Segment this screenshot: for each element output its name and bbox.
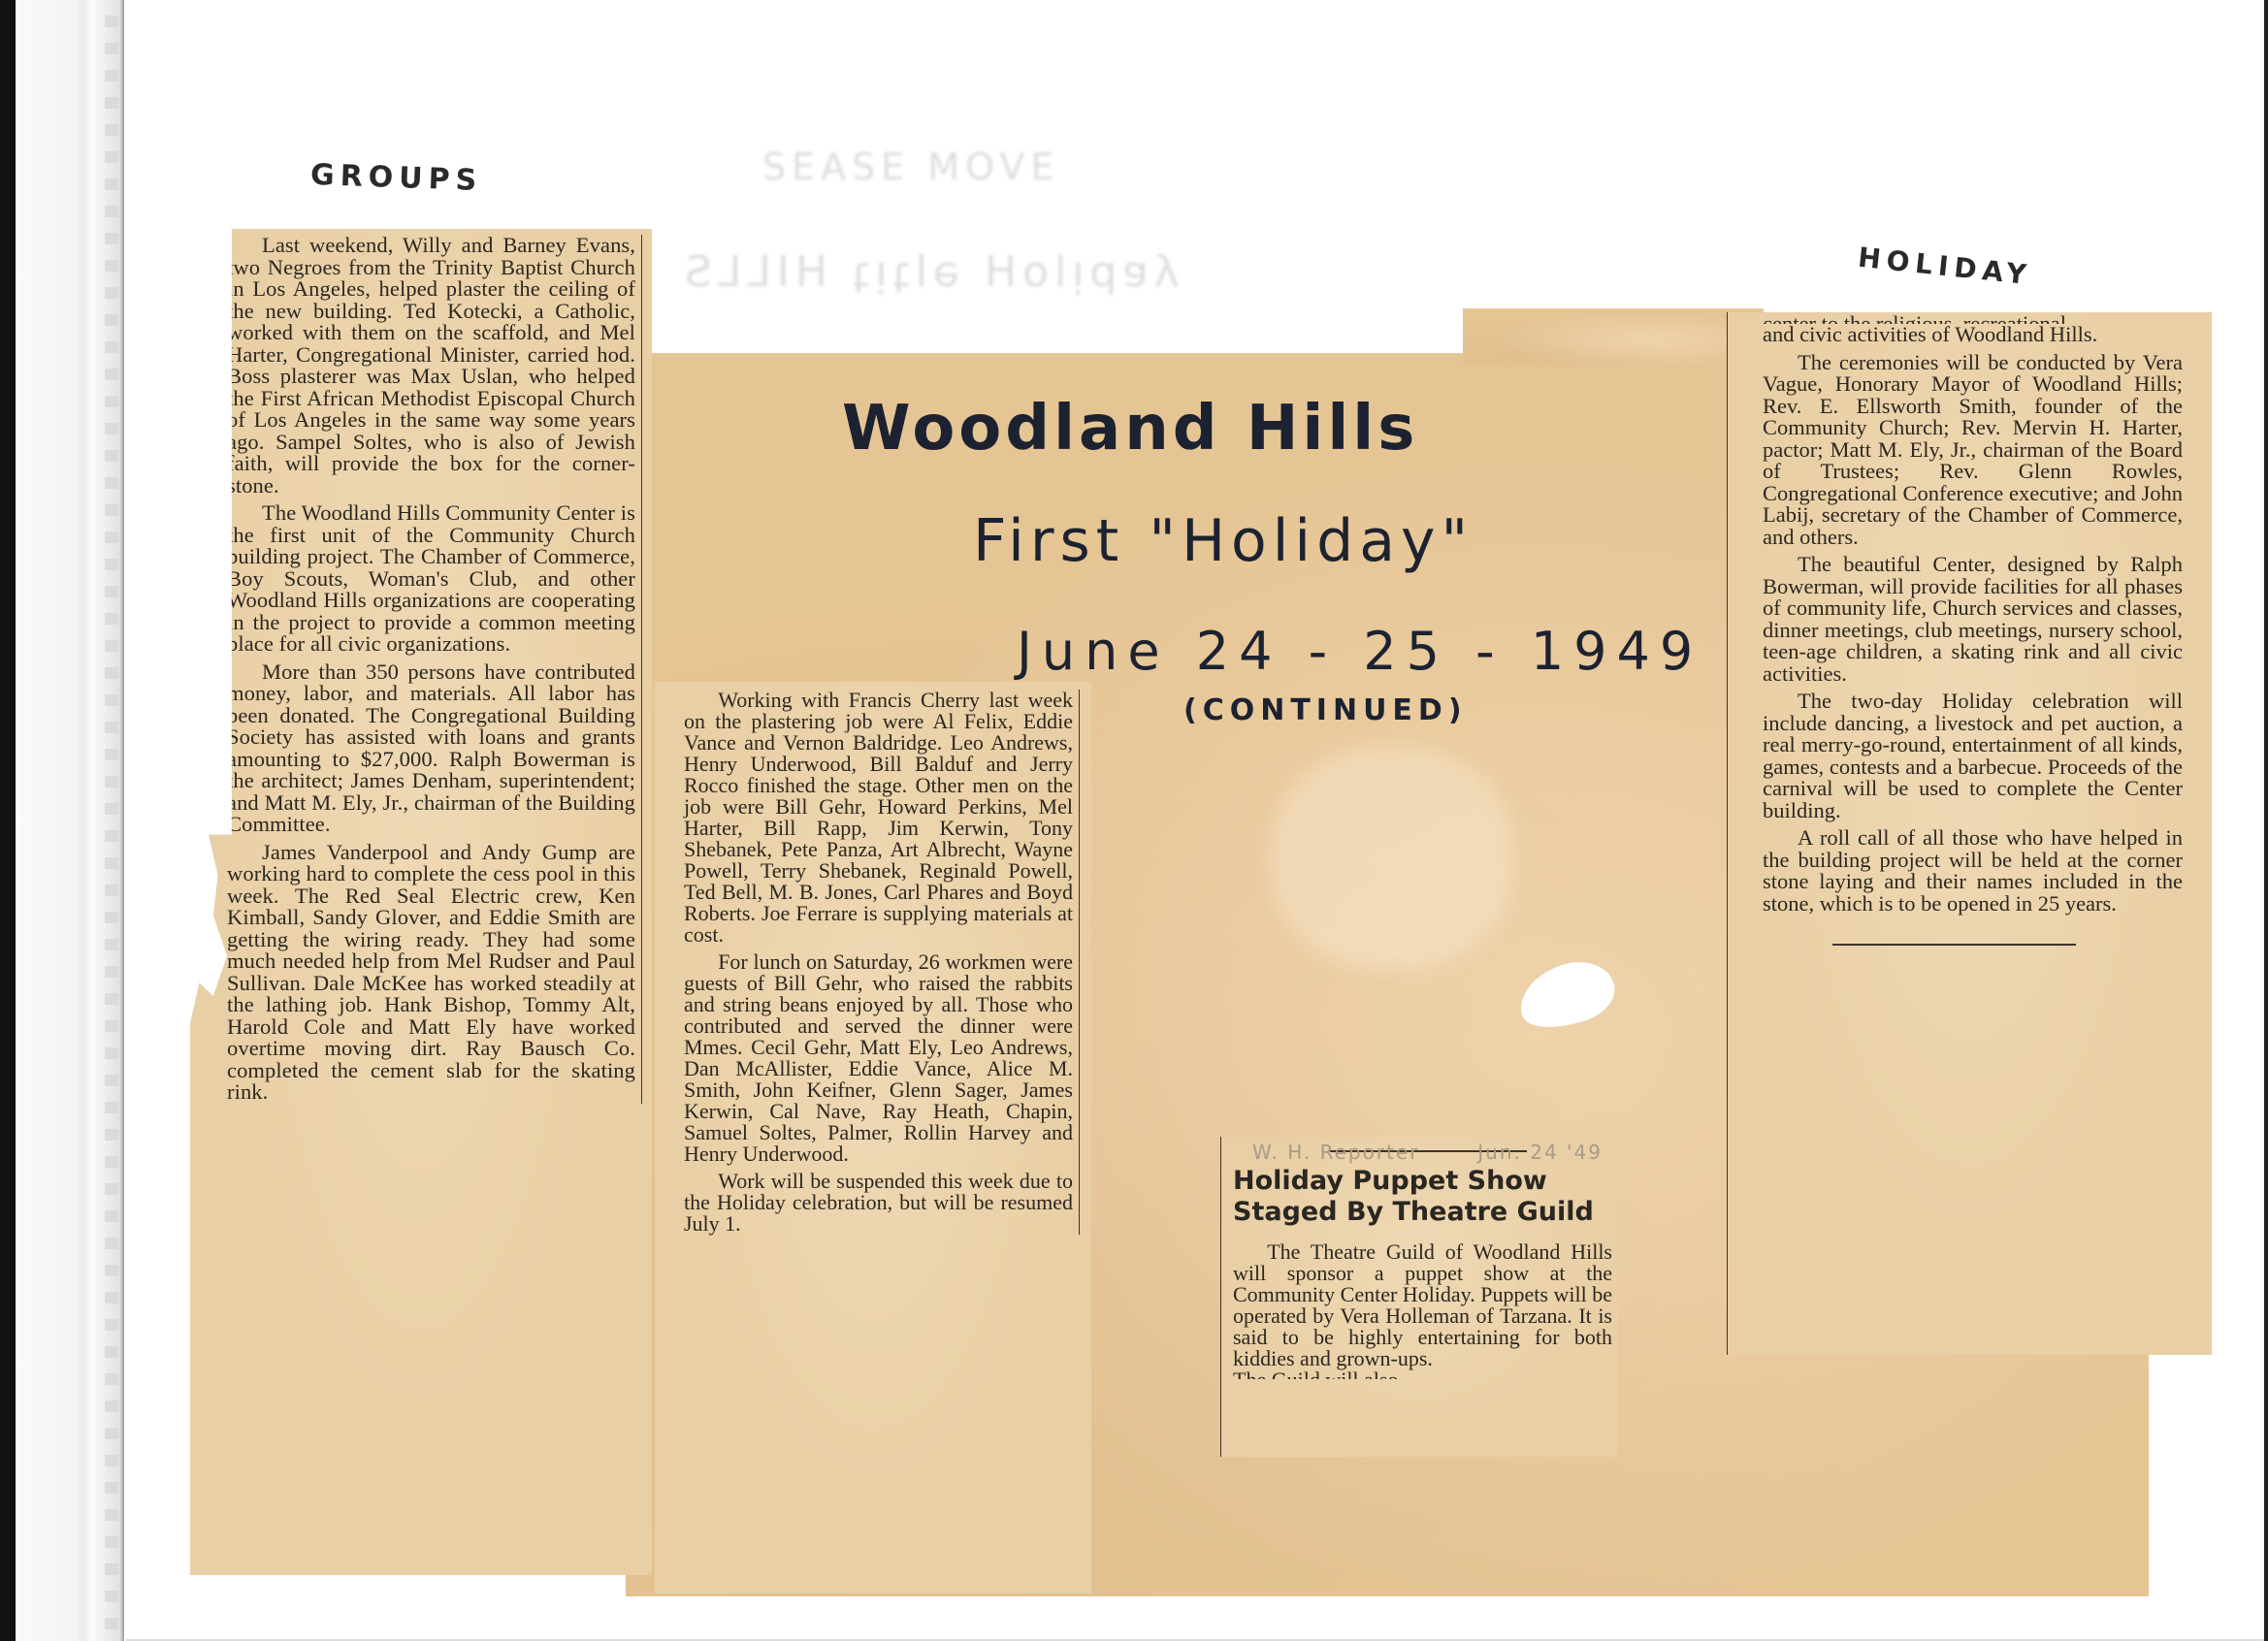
- title-event: First "Holiday": [973, 507, 1474, 575]
- article-paragraph: The Woodland Hills Community Center is t…: [227, 502, 635, 656]
- article-paragraph: The beautiful Center, designed by Ralph …: [1763, 554, 2183, 685]
- clipping-puppet-show: W. H. Reporter Jun. 24 '49 Holiday Puppe…: [1220, 1137, 1618, 1457]
- article-column: Working with Francis Cherry last week on…: [684, 690, 1080, 1235]
- penciled-source: W. H. Reporter: [1252, 1142, 1419, 1162]
- title-continued: (CONTINUED): [1183, 693, 1468, 727]
- article-paragraph: The two-day Holiday celebration will inc…: [1763, 691, 2183, 821]
- section-label-groups: GROUPS: [309, 158, 482, 198]
- headline-line: Holiday Puppet Show: [1233, 1166, 1612, 1197]
- clipping-workers: Working with Francis Cherry last week on…: [655, 682, 1091, 1593]
- article-paragraph: Working with Francis Cherry last week on…: [684, 690, 1073, 946]
- penciled-date: Jun. 24 '49: [1477, 1142, 1603, 1162]
- binder-edge: [0, 0, 16, 1641]
- scan-edge: [2264, 0, 2268, 1641]
- show-through-text: ƎVOM ƎƧAƎƧ: [757, 145, 1053, 188]
- show-through-text: ʎɐpᴉloH ǝlʇᴉʇ HILLS: [679, 247, 1180, 297]
- article-headline: Holiday Puppet Show Staged By Theatre Gu…: [1233, 1166, 1612, 1229]
- clipping-holiday: center to the religious, recreational an…: [1727, 312, 2212, 1355]
- cut-off-text: The Guild will also...: [1233, 1369, 1612, 1379]
- article-paragraph: More than 350 persons have contributed m…: [227, 661, 635, 836]
- article-paragraph: Work will be suspended this week due to …: [684, 1171, 1073, 1235]
- clipping-groups: Last weekend, Willy and Barney Evans, tw…: [190, 229, 652, 1575]
- sleeve-perforation: [105, 0, 118, 1641]
- penciled-annotation: W. H. Reporter Jun. 24 '49: [1233, 1142, 1612, 1162]
- article-paragraph: The ceremonies will be conducted by Vera…: [1763, 352, 2183, 549]
- article-paragraph: The Theatre Guild of Woodland Hills will…: [1233, 1241, 1612, 1369]
- article-paragraph: James Vanderpool and Andy Gump are worki…: [227, 842, 635, 1104]
- title-place: Woodland Hills: [842, 393, 1418, 465]
- article-paragraph: and civic activities of Woodland Hills.: [1763, 324, 2183, 346]
- article-column: Last weekend, Willy and Barney Evans, tw…: [227, 235, 642, 1104]
- article-paragraph: A roll call of all those who have helped…: [1763, 827, 2183, 915]
- article-paragraph: Last weekend, Willy and Barney Evans, tw…: [227, 235, 635, 497]
- paper-stain: [1271, 747, 1513, 970]
- title-date: June 24 - 25 - 1949: [1017, 621, 1702, 682]
- article-end-rule: [1832, 944, 2076, 946]
- manila-backing-tab: [1463, 308, 1764, 367]
- section-label-holiday: HOLIDAY: [1857, 241, 2033, 292]
- article-paragraph: For lunch on Saturday, 26 workmen were g…: [684, 951, 1073, 1165]
- headline-line: Staged By Theatre Guild: [1233, 1197, 1612, 1228]
